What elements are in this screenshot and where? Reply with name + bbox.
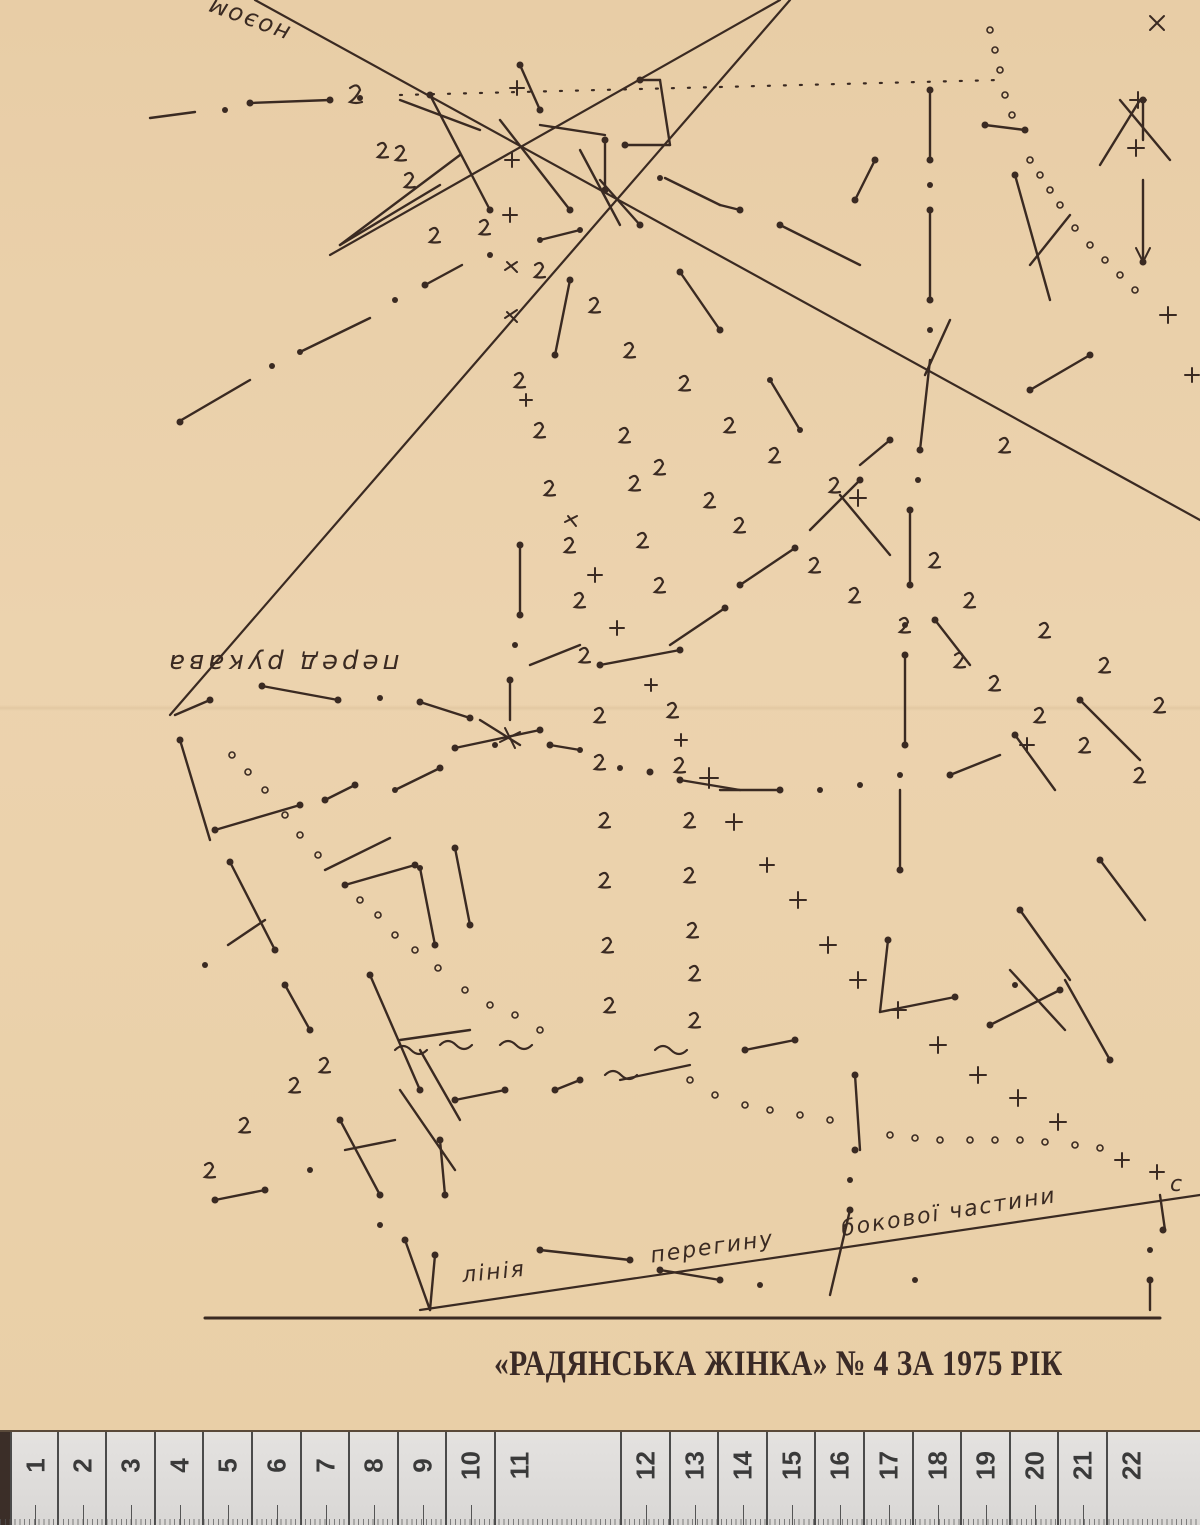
- magazine-caption: «РАДЯНСЬКА ЖІНКА» № 4 ЗА 1975 РІК: [494, 1342, 1063, 1384]
- ruler-cm-16: 16: [814, 1432, 865, 1525]
- ruler-cm-13: 13: [669, 1432, 719, 1525]
- ruler-cm-6: 6: [251, 1432, 302, 1525]
- ruler-cm-5: 5: [202, 1432, 253, 1525]
- ruler-cm-12: 12: [620, 1432, 671, 1525]
- ruler-cm-11: 11: [494, 1432, 622, 1525]
- measuring-ruler: 1 2 3 4 5 6 7 8 9 10 11 12 13 14 15 16 1…: [0, 1430, 1200, 1525]
- ruler-cm-21: 21: [1057, 1432, 1108, 1525]
- ruler-cm-17: 17: [863, 1432, 914, 1525]
- ruler-cm-4: 4: [154, 1432, 204, 1525]
- ruler-cm-3: 3: [105, 1432, 156, 1525]
- label-fold-line-4: с: [1170, 1172, 1184, 1197]
- ruler-cm-1: 1: [10, 1432, 59, 1525]
- ruler-cm-2: 2: [57, 1432, 107, 1525]
- ruler-cm-22: 22: [1106, 1432, 1200, 1525]
- ruler-cm-7: 7: [300, 1432, 350, 1525]
- ruler-cm-9: 9: [397, 1432, 447, 1525]
- sewing-pattern-lines: [0, 0, 1200, 1430]
- ruler-cm-15: 15: [766, 1432, 816, 1525]
- label-sleeve-front: перед рукава: [165, 648, 400, 678]
- ruler-cm-10: 10: [445, 1432, 496, 1525]
- ruler-cm-19: 19: [960, 1432, 1011, 1525]
- ruler-mm-ticks: [0, 1519, 1200, 1525]
- ruler-cm-18: 18: [912, 1432, 962, 1525]
- ruler-cm-14: 14: [717, 1432, 768, 1525]
- ruler-cm-20: 20: [1009, 1432, 1059, 1525]
- ruler-cm-8: 8: [348, 1432, 399, 1525]
- ruler-edge: [0, 1432, 10, 1525]
